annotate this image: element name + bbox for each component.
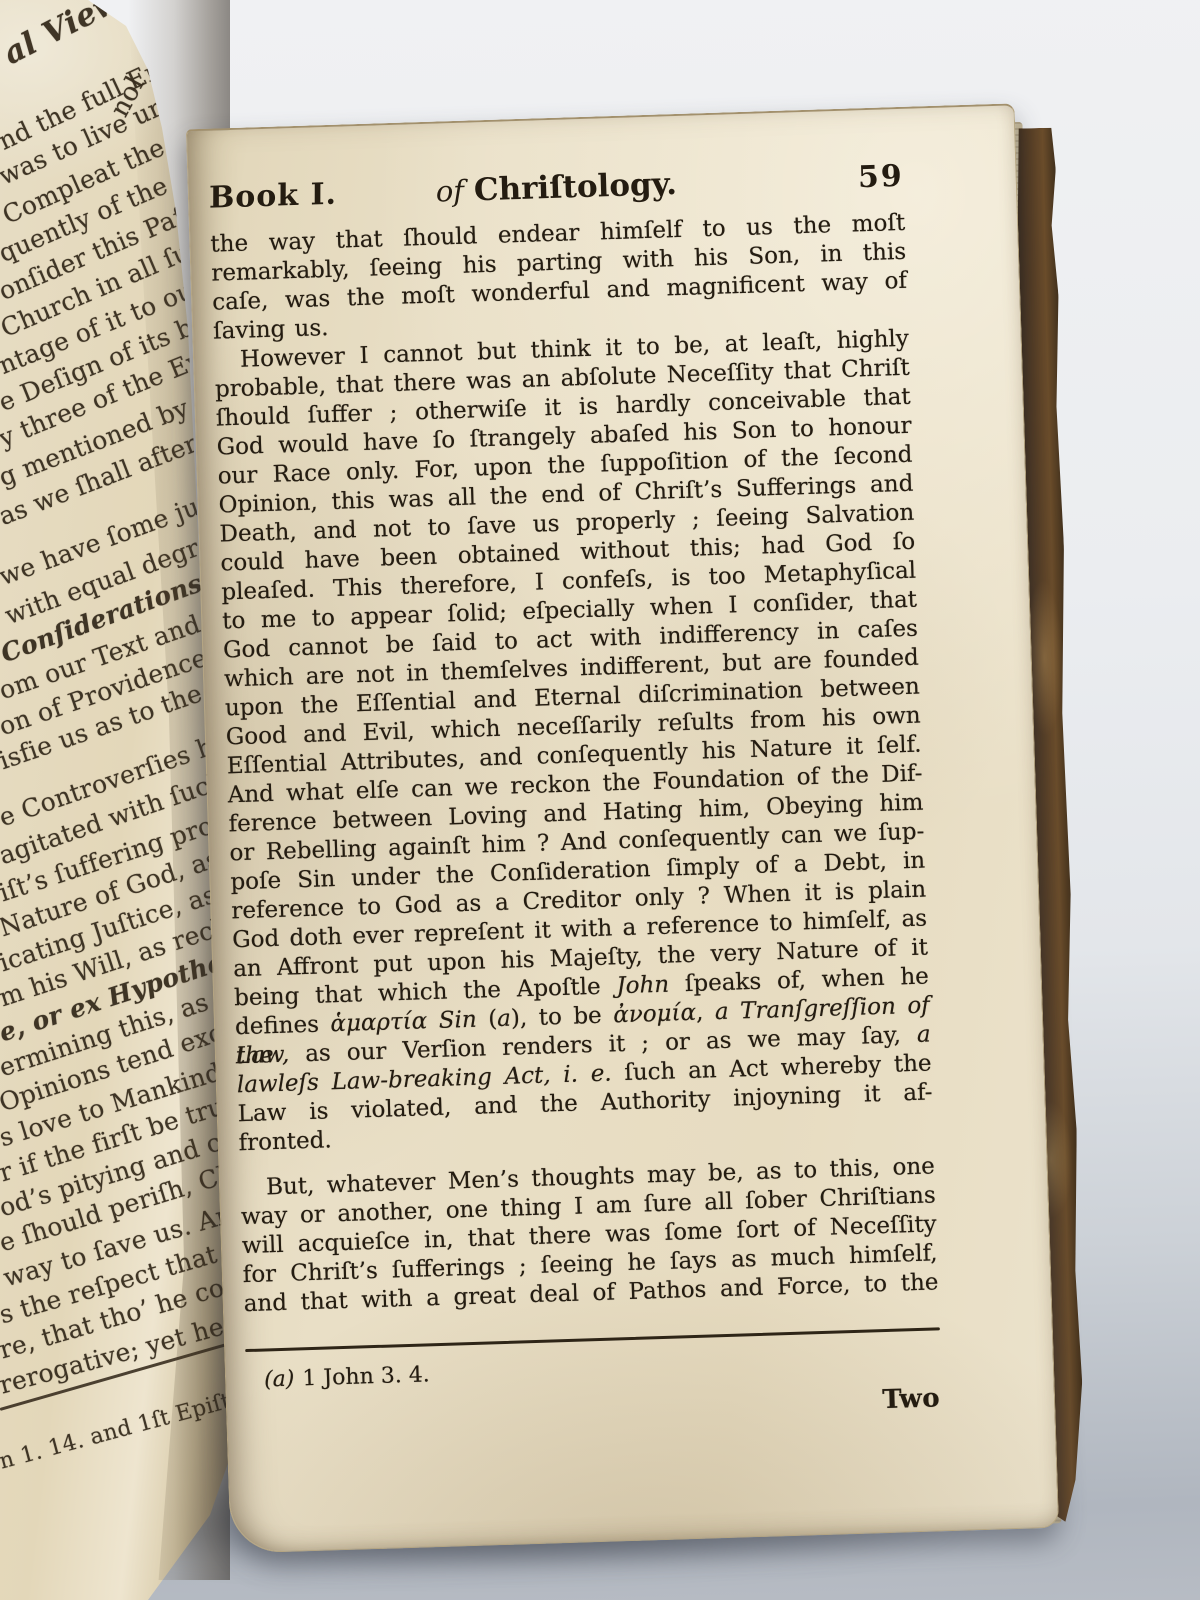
footnote-rule: [245, 1327, 940, 1352]
chapter-title-text: Chriſtology.: [473, 166, 677, 208]
photo-background: { "colors": { "background_gray": "#e9ece…: [0, 0, 1200, 1600]
paragraph: the way that ſhould endear himſelf to us…: [210, 209, 908, 347]
chapter-title-of: of: [435, 174, 464, 209]
footnote-marker: (a): [264, 1367, 295, 1393]
right-page: Book I. ofChriſtology. 59 the way that ſ…: [186, 103, 1059, 1553]
footnote-text: 1 John 3. 4.: [302, 1362, 430, 1391]
catchword-row: Two: [247, 1383, 943, 1435]
paragraph: But, whatever Men’s thoughts may be, as …: [240, 1152, 939, 1319]
body-text: the way that ſhould endear himſelf to us…: [210, 209, 939, 1319]
page-number: 59: [857, 159, 904, 195]
catchword: Two: [882, 1383, 941, 1415]
right-page-content: Book I. ofChriſtology. 59 the way that ſ…: [208, 159, 946, 1552]
book-label: Book I.: [209, 177, 337, 216]
left-page-fragment: al View: [0, 0, 127, 72]
chapter-title: ofChriſtology.: [435, 166, 677, 210]
paragraph: However I cannot but think it to be, at …: [214, 325, 934, 1158]
